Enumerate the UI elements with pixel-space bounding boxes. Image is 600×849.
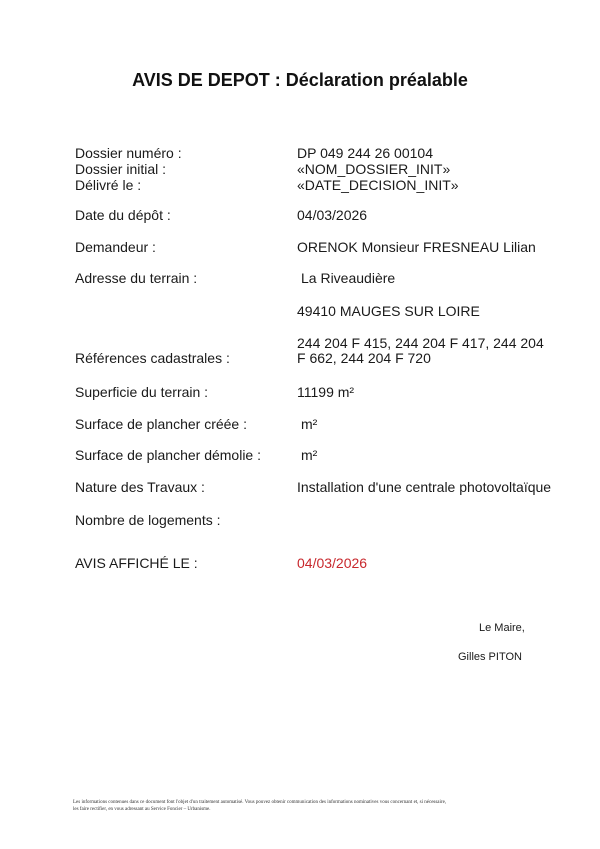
footer-line-1: Les informations contenues dans ce docum…: [73, 799, 543, 806]
label-dossier-initial: Dossier initial :: [75, 161, 166, 177]
value-date-depot: 04/03/2026: [297, 207, 567, 223]
value-surface-creee: m²: [301, 416, 571, 432]
signature-role: Le Maire,: [479, 622, 525, 634]
label-avis-affiche: AVIS AFFICHÉ LE :: [75, 555, 198, 571]
page-title: AVIS DE DEPOT : Déclaration préalable: [0, 70, 600, 91]
value-references-line2: F 662, 244 204 F 720: [297, 350, 567, 366]
value-demandeur: ORENOK Monsieur FRESNEAU Lilian: [297, 239, 567, 255]
value-dossier-initial: «NOM_DOSSIER_INIT»: [297, 161, 567, 177]
label-surface-creee: Surface de plancher créée :: [75, 416, 247, 432]
label-date-depot: Date du dépôt :: [75, 207, 171, 223]
label-adresse: Adresse du terrain :: [75, 270, 197, 286]
value-adresse-line2: 49410 MAUGES SUR LOIRE: [297, 303, 567, 319]
footer-legal-notice: Les informations contenues dans ce docum…: [73, 799, 543, 813]
value-adresse-line1: La Riveaudière: [301, 270, 571, 286]
value-avis-affiche: 04/03/2026: [297, 555, 567, 571]
label-references: Références cadastrales :: [75, 350, 230, 366]
footer-line-2: les faire rectifier, en vous adressant a…: [73, 806, 543, 813]
label-demandeur: Demandeur :: [75, 239, 156, 255]
label-surface-demolie: Surface de plancher démolie :: [75, 447, 261, 463]
label-nature-travaux: Nature des Travaux :: [75, 479, 205, 495]
signature-name: Gilles PITON: [458, 651, 522, 663]
label-superficie: Superficie du terrain :: [75, 384, 208, 400]
value-superficie: 11199 m²: [297, 384, 567, 400]
value-delivre-le: «DATE_DECISION_INIT»: [297, 177, 567, 193]
value-surface-demolie: m²: [301, 447, 571, 463]
value-nature-travaux: Installation d'une centrale photovoltaïq…: [297, 479, 587, 495]
value-dossier-numero: DP 049 244 26 00104: [297, 145, 567, 161]
label-dossier-numero: Dossier numéro :: [75, 145, 182, 161]
label-nombre-logements: Nombre de logements :: [75, 512, 221, 528]
value-references-line1: 244 204 F 415, 244 204 F 417, 244 204: [297, 335, 567, 351]
label-delivre-le: Délivré le :: [75, 177, 141, 193]
